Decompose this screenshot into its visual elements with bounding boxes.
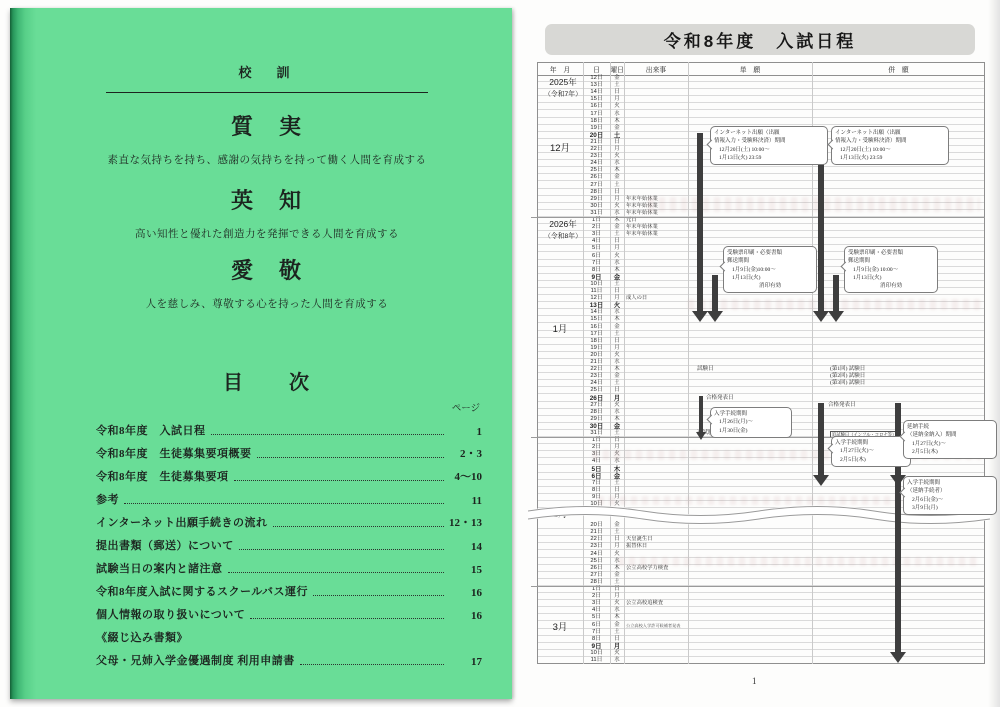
motto-desc: 素直な気持ちを持ち、感謝の気持ちを持って働く人間を育成する	[40, 152, 494, 167]
motto-title: 愛 敬	[40, 254, 494, 285]
toc-page-number: 17	[448, 656, 482, 668]
toc-page-number: 16	[448, 610, 482, 622]
toc-dot-leader	[257, 457, 445, 458]
toc-item-label: 令和8年度 生徒募集要項	[96, 468, 229, 484]
toc-item: 試験当日の案内と諸注意15	[96, 553, 482, 576]
page-title: 令和8年度 入試日程	[664, 27, 856, 52]
motto-rule	[106, 92, 428, 93]
page-number: 1	[752, 676, 757, 686]
toc-page-number: 16	[448, 587, 482, 599]
toc-item-label: 試験当日の案内と諸注意	[96, 560, 223, 576]
toc-page-number: 12・13	[448, 514, 482, 530]
toc-item: 参考11	[96, 484, 482, 507]
toc-dot-leader	[211, 434, 445, 435]
toc-dot-leader	[273, 526, 444, 527]
toc-item-label: 令和8年度入試に関するスクールバス運行	[96, 583, 308, 599]
motto-desc: 人を慈しみ、尊敬する心を持った人間を育成する	[40, 296, 494, 311]
toc-page-number: 1	[448, 426, 482, 438]
toc-list: 令和8年度 入試日程1令和8年度 生徒募集要項概要2・3令和8年度 生徒募集要項…	[96, 415, 482, 668]
toc-dot-leader	[250, 618, 444, 619]
title-banner: 令和8年度 入試日程	[545, 24, 975, 55]
toc-dot-leader	[300, 664, 444, 665]
motto-block: 英 知 高い知性と優れた創造力を発揮できる人間を育成する	[40, 184, 494, 241]
toc-item: 令和8年度入試に関するスクールバス運行16	[96, 576, 482, 599]
toc-item: 父母・兄姉入学金優遇制度 利用申請書17	[96, 645, 482, 668]
page-spine-shadow	[10, 8, 36, 699]
toc-item-label: 個人情報の取り扱いについて	[96, 606, 245, 622]
toc-page-number: 14	[448, 541, 482, 553]
motto-block: 質 実 素直な気持ちを持ち、感謝の気持ちを持って働く人間を育成する	[40, 110, 494, 167]
toc-item: 令和8年度 生徒募集要項4～10	[96, 461, 482, 484]
toc-item: 《綴じ込み書類》	[96, 622, 482, 645]
toc-dot-leader	[239, 549, 444, 550]
toc-item-label: 《綴じ込み書類》	[96, 629, 188, 645]
toc-dot-leader	[228, 572, 445, 573]
toc-item: インターネット出願手続きの流れ12・13	[96, 507, 482, 530]
toc-item: 令和8年度 生徒募集要項概要2・3	[96, 438, 482, 461]
scan-edge-shadow	[988, 0, 1000, 707]
toc-item: 個人情報の取り扱いについて16	[96, 599, 482, 622]
toc-page-number: 15	[448, 564, 482, 576]
toc-heading: 目 次	[40, 366, 494, 395]
toc-item-label: 令和8年度 入試日程	[96, 422, 206, 438]
right-page	[520, 0, 1000, 707]
motto-desc: 高い知性と優れた創造力を発揮できる人間を育成する	[40, 226, 494, 241]
toc-item: 令和8年度 入試日程1	[96, 415, 482, 438]
scanned-document: 校 訓 質 実 素直な気持ちを持ち、感謝の気持ちを持って働く人間を育成する 英 …	[0, 0, 1000, 707]
motto-title: 質 実	[40, 110, 494, 141]
toc-item-label: 父母・兄姉入学金優遇制度 利用申請書	[96, 652, 295, 668]
toc-dot-leader	[234, 480, 445, 481]
toc-item: 提出書類（郵送）について14	[96, 530, 482, 553]
toc-page-number: 2・3	[448, 445, 482, 461]
toc-item-label: 参考	[96, 491, 119, 507]
motto-title: 英 知	[40, 184, 494, 215]
motto-block: 愛 敬 人を慈しみ、尊敬する心を持った人間を育成する	[40, 254, 494, 311]
motto-heading: 校 訓	[40, 62, 494, 81]
toc-item-label: インターネット出願手続きの流れ	[96, 514, 268, 530]
toc-dot-leader	[124, 503, 444, 504]
left-page: 校 訓 質 実 素直な気持ちを持ち、感謝の気持ちを持って働く人間を育成する 英 …	[10, 8, 512, 699]
toc-item-label: 提出書類（郵送）について	[96, 537, 234, 553]
toc-page-column-label: ページ	[452, 400, 480, 414]
toc-item-label: 令和8年度 生徒募集要項概要	[96, 445, 252, 461]
toc-page-number: 4～10	[448, 468, 482, 484]
toc-dot-leader	[313, 595, 444, 596]
toc-page-number: 11	[448, 495, 482, 507]
